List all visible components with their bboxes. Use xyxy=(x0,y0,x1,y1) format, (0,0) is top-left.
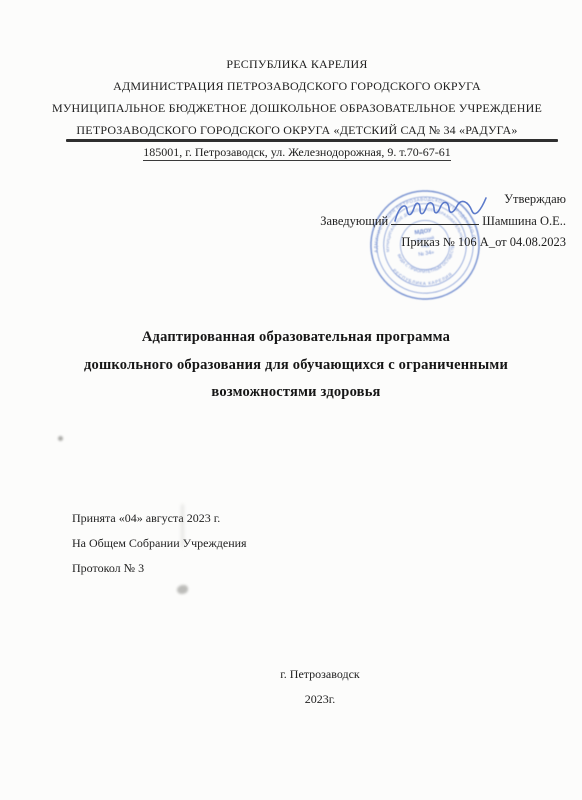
adoption-line: Протокол № 3 xyxy=(72,556,247,581)
signer-name: Шамшина О.Е.. xyxy=(482,214,566,228)
footer-block: г. Петрозаводск 2023г. xyxy=(0,662,582,712)
signature-stroke xyxy=(391,193,489,229)
order-line: Приказ № 106 А_от 04.08.2023 xyxy=(320,232,566,254)
org-header-line: РЕСПУБЛИКА КАРЕЛИЯ xyxy=(12,53,582,75)
head-position-label: Заведующий xyxy=(320,214,388,228)
org-header: РЕСПУБЛИКА КАРЕЛИЯ АДМИНИСТРАЦИЯ ПЕТРОЗА… xyxy=(0,53,582,141)
document-title-line: Адаптированная образовательная программа xyxy=(10,324,582,352)
footer-city: г. Петрозаводск xyxy=(58,662,582,687)
org-header-line: ПЕТРОЗАВОДСКОГО ГОРОДСКОГО ОКРУГА «ДЕТСК… xyxy=(12,119,582,141)
adoption-line: Принята «04» августа 2023 г. xyxy=(72,506,247,531)
org-header-line: АДМИНИСТРАЦИЯ ПЕТРОЗАВОДСКОГО ГОРОДСКОГО… xyxy=(12,75,582,97)
org-header-line: МУНИЦИПАЛЬНОЕ БЮДЖЕТНОЕ ДОШКОЛЬНОЕ ОБРАЗ… xyxy=(12,97,582,119)
document-title-line: возможностями здоровья xyxy=(10,379,582,407)
org-address-row: 185001, г. Петрозаводск, ул. Железнодоро… xyxy=(0,145,582,160)
adoption-line: На Общем Собрании Учреждения xyxy=(72,531,247,556)
footer-year: 2023г. xyxy=(58,687,582,712)
header-rule xyxy=(66,139,558,142)
document-title: Адаптированная образовательная программа… xyxy=(0,324,582,407)
scan-smudge xyxy=(181,504,184,548)
org-address: 185001, г. Петрозаводск, ул. Железнодоро… xyxy=(143,145,450,161)
scan-speck xyxy=(58,436,63,441)
scan-speck xyxy=(177,585,188,594)
adoption-block: Принята «04» августа 2023 г. На Общем Со… xyxy=(72,506,247,581)
document-title-line: дошкольного образования для обучающихся … xyxy=(10,352,582,380)
